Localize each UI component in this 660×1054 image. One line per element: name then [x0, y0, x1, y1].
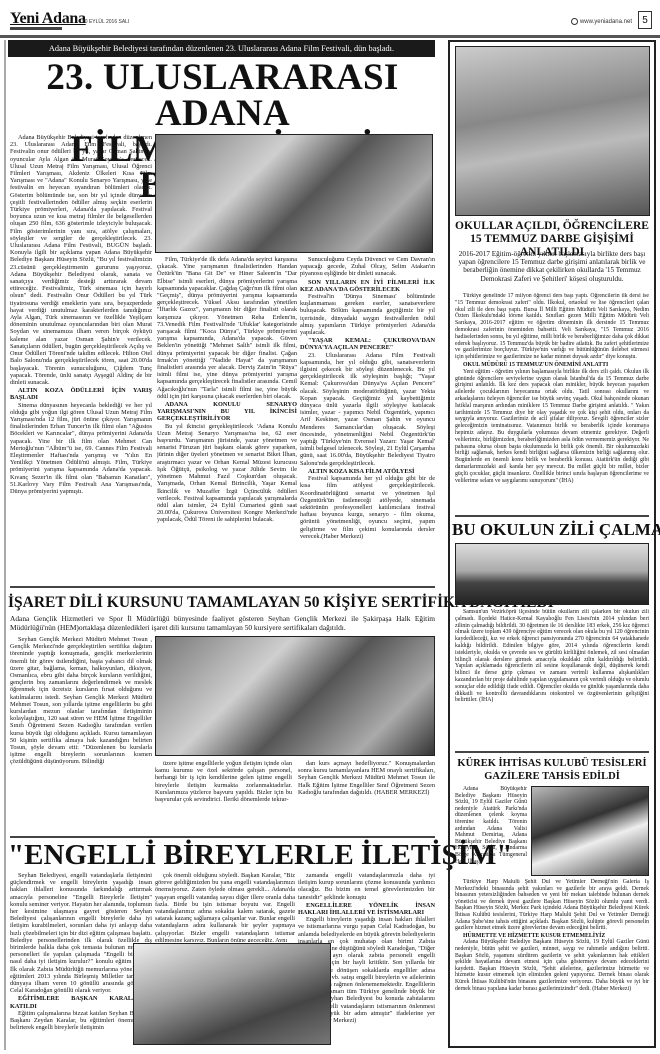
engelli-headline: "ENGELLİ BİREYLERLE İLETİŞİM"	[8, 840, 438, 870]
zil-body-text: Samsun'un Vezirköprü ilçesinde bütün oku…	[455, 609, 649, 704]
kurek-headline-line2: GAZİLERE TAHSİS EDİLDİ	[452, 770, 652, 783]
section-divider	[455, 751, 649, 753]
page-number: 5	[638, 11, 652, 29]
engelli-col3-subhead: ENGELLİLERE YÖNELİK İNSAN HAKLARI İHLALL…	[298, 902, 435, 916]
website-text: www.yeniadana.net	[580, 19, 632, 25]
school-crowd-photo	[455, 543, 649, 605]
engelli-col1-text: Seyhan Belediyesi, engelli vatandaşlarla…	[10, 872, 152, 994]
lead-column-3: Sunuculuğunu Ceyda Düvenci ve Cem Davran…	[300, 256, 435, 569]
engelli-col1-subhead: EĞİTİMLERE BAŞKAN KARALAR'DA KATILDI	[10, 995, 152, 1009]
sign-deck: Adana Gençlik Hizmetleri ve Spor İl Müdü…	[10, 614, 435, 632]
globe-icon	[571, 18, 578, 25]
sign-column-1: Seyhan Gençlik Merkezi Müdürü Mehmet Tos…	[10, 636, 152, 831]
newspaper-logo: Yeni Adana	[10, 10, 86, 28]
lead-col3-text: Sunuculuğunu Ceyda Düvenci ve Cem Davran…	[300, 256, 435, 278]
issue-date: 20 EYLÜL 2016 SALI	[82, 19, 129, 25]
festival-photo	[155, 134, 433, 253]
section-divider	[455, 515, 649, 517]
kurek-subhead: HÜRMETTE VE HİZMETTE KUSUR ETMEMELİYİZ	[455, 933, 649, 940]
section-divider	[10, 586, 435, 588]
certificate-photo	[155, 636, 435, 756]
lead-col3-subhead-3: ALTIN KOZA KISA FİLM ATÖLYESİ	[300, 468, 435, 475]
website-link[interactable]: www.yeniadana.net	[571, 18, 632, 25]
classroom-photo	[455, 46, 650, 216]
engelli-col3-text: zamanda engelli vatandaşlarımızla daha i…	[298, 872, 435, 901]
okullar-body2-text: Yeni eğitim - öğretim yılının başlamasıy…	[455, 369, 649, 485]
veterans-photo	[531, 786, 649, 876]
kurek-body: Türkiye Harp Malulü Şehit Dul ve Yetimle…	[455, 879, 649, 1044]
zil-body: Samsun'un Vezirköprü ilçesinde bütün oku…	[455, 609, 649, 747]
lead-col1-subhead: ALTIN KOZA ÖDÜLLERİ İÇİN YARIŞ BAŞLADI	[10, 387, 152, 401]
lead-headline-line1: 23. ULUSLARARASI ADANA	[10, 60, 435, 132]
kurek-col-text: Adana Büyükşehir Belediye Başkanı Hüseyi…	[455, 786, 527, 865]
sign-column-3: dan kurs açmayı hedefliyoruz." Konuşmala…	[298, 760, 435, 830]
engelli-column-1: Seyhan Belediyesi, engelli vatandaşlarla…	[10, 872, 152, 1050]
lead-col2-subhead: ADANA KONULU SENARYO YARIŞMASI'NIN BU YI…	[157, 401, 297, 423]
kurek-headline-line1: KÜREK İHTİSAS KULUBÜ TESİSLERİ	[452, 757, 652, 770]
masthead: Yeni Adana 20 EYLÜL 2016 SALI www.yeniad…	[0, 0, 660, 38]
engelli-column-2: çok önemli olduğunu söyledi. Başkan Kara…	[155, 872, 295, 942]
section-divider	[10, 836, 435, 838]
lead-col2b-text: Bu yıl ikincisi gerçekleştirilecek 'Adan…	[157, 423, 297, 524]
sign-column-2: üzere işitme engellilerle yoğun iletişim…	[155, 760, 292, 830]
sign-col2-text: üzere işitme engellilerle yoğun iletişim…	[155, 760, 292, 803]
sign-col1-text: Seyhan Gençlik Merkezi Müdürü Mehmet Tos…	[10, 636, 152, 766]
lead-col3c-text: Festival kapsamında her yıl olduğu gibi …	[300, 475, 435, 540]
lead-col1b-text: Sinema dünyasının heyecanla beklediği ve…	[10, 402, 152, 496]
okullar-body: Türkiye genelinde 17 milyon öğrenci ders…	[455, 293, 649, 511]
lead-col2-text: Film, Türkiye'de ilk defa Adana'da seyir…	[157, 256, 297, 400]
okullar-subhead: OKUL MÜDÜRÜ 15 TEMMUZ'UN ÖNEMİNİ ANLATTI	[455, 362, 649, 369]
lead-col3-subhead-1: SON YILLARIN EN İYİ FİLMLERİ İLK KEZ ADA…	[300, 279, 435, 293]
lead-banner: Adana Büyükşehir Belediyesi tarafından d…	[8, 40, 435, 57]
sign-headline: İŞARET DİLİ KURSUNU TAMAMLAYAN 50 KİŞİYE…	[8, 593, 438, 613]
seminar-photo	[133, 943, 331, 1045]
kurek-headline: KÜREK İHTİSAS KULUBÜ TESİSLERİ GAZİLERE …	[452, 757, 652, 783]
kurek-body2-text: Adana Büyükşehir Belediye Başkanı Hüseyi…	[455, 939, 649, 992]
okullar-deck: 2016-2017 Eğitim-öğretim yılının başlama…	[456, 250, 648, 283]
kurek-column: Adana Büyükşehir Belediye Başkanı Hüseyi…	[455, 786, 527, 876]
sign-col3-text: dan kurs açmayı hedefliyoruz." Konuşmala…	[298, 760, 435, 796]
lead-col3b-text: 23. Uluslararası Adana Film Festivali ka…	[300, 352, 435, 467]
lead-column-2: Film, Türkiye'de ilk defa Adana'da seyir…	[157, 256, 297, 569]
logo-underline	[10, 27, 62, 30]
okullar-body-text: Türkiye genelinde 17 milyon öğrenci ders…	[455, 293, 649, 361]
kurek-body-text: Türkiye Harp Malulü Şehit Dul ve Yetimle…	[455, 879, 649, 932]
lead-col3-subhead-2: "YAŞAR KEMAL: ÇUKUROVA'DAN DÜNYA'YA AÇIL…	[300, 337, 435, 351]
engelli-col1b-text: Eğitim çalışmalarına bizzat katılan Seyh…	[10, 1010, 152, 1032]
zil-headline: BU OKULUN ZİLİ ÇALMADI	[452, 520, 652, 540]
lead-col1-text: Adana Büyükşehir Belediyesi tarafından d…	[10, 134, 152, 386]
engelli-col2-text: çok önemli olduğunu söyledi. Başkan Kara…	[155, 872, 295, 942]
lead-column-1: Adana Büyükşehir Belediyesi tarafından d…	[10, 134, 152, 569]
lead-col3a-text: Festival'in 'Dünya Sineması' bölümünde k…	[300, 293, 435, 336]
